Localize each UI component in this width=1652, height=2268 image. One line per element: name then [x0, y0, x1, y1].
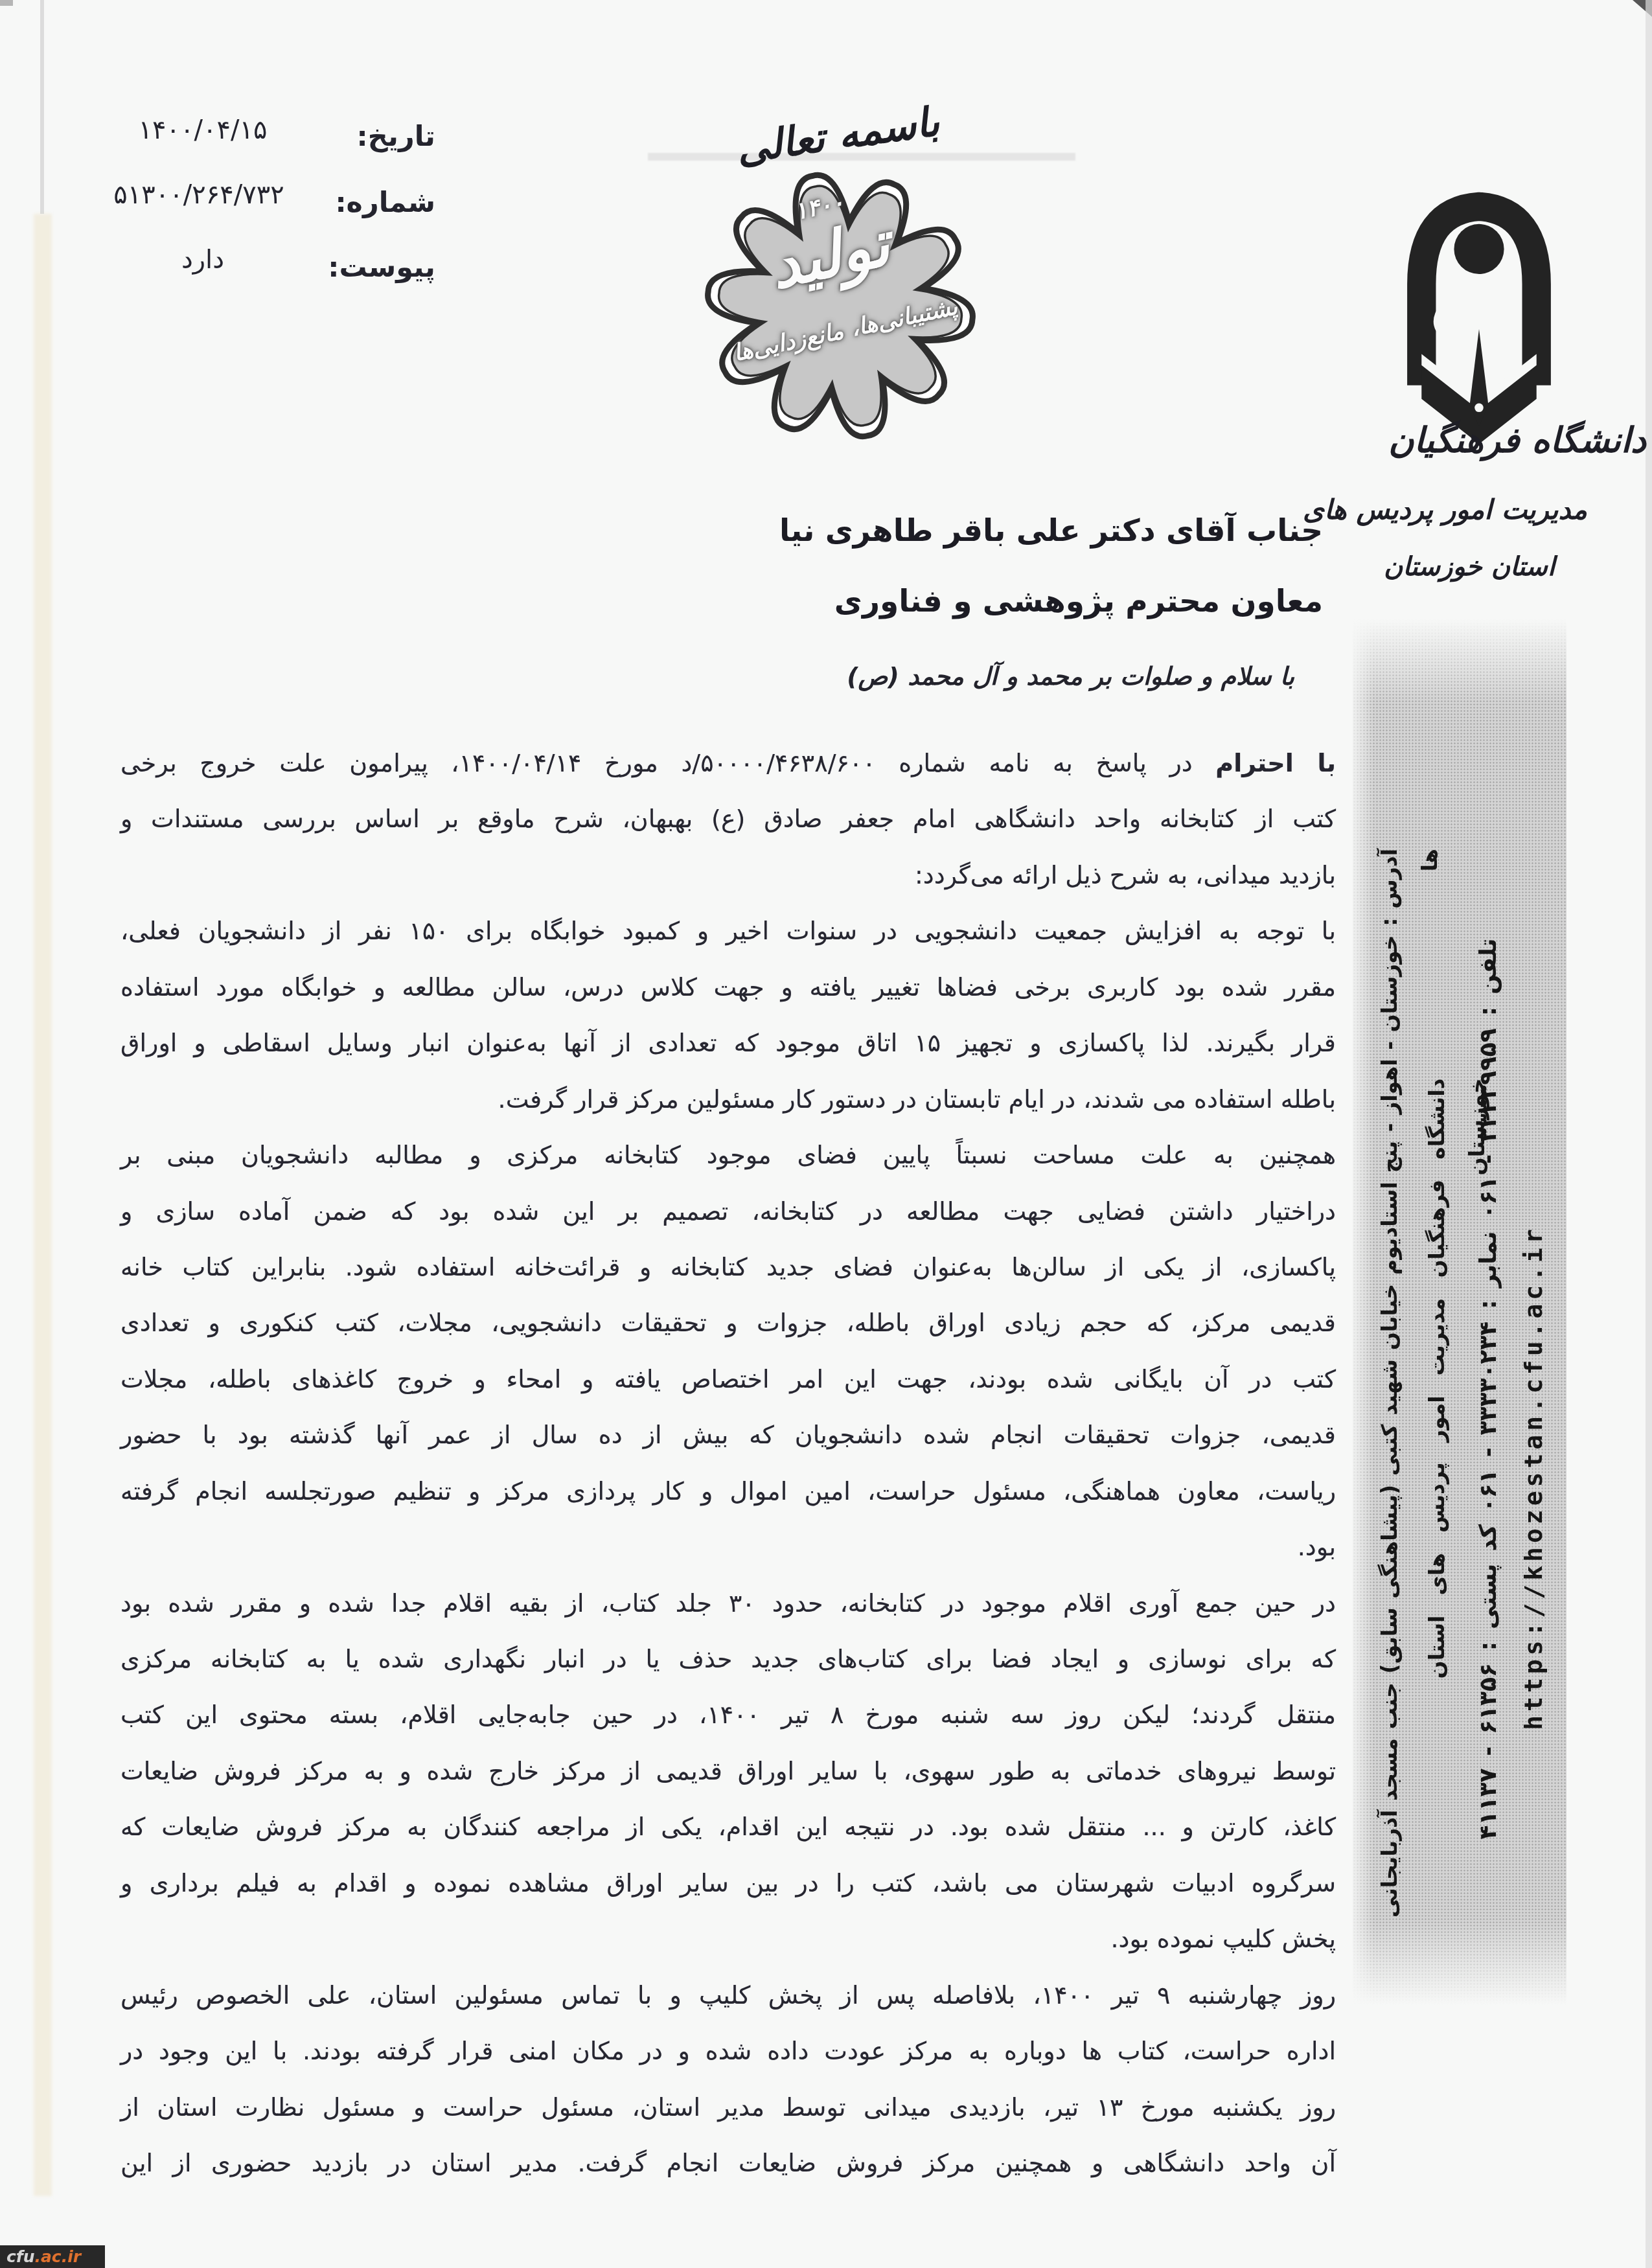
body-line: سرگروه ادبیات شهرستان می باشد، کتب را در…: [120, 1855, 1336, 1911]
body-line: با توجه به افزایش جمعیت دانشجویی در سنوا…: [120, 903, 1336, 959]
body-line: کتب از کتابخانه واحد دانشگاهی امام جعفر …: [120, 791, 1336, 847]
scan-edge-band: [34, 214, 52, 2196]
body-line: روز چهارشنبه ۹ تیر ۱۴۰۰، بلافاصله پس از …: [120, 1967, 1336, 2023]
letter-number-label: شماره:: [299, 187, 435, 219]
date-value: ۱۴۰۰/۰۴/۱۵: [102, 115, 303, 145]
university-emblem-icon: [1385, 117, 1573, 441]
body-line: پخش کلیپ نموده بود.: [120, 1911, 1336, 1967]
sidebar-university: دانشگاه فرهنگیان مدیریت امور پردیس های ا…: [1417, 1079, 1457, 1679]
body-line: که برای نوسازی و ایجاد فضا برای کتاب‌های…: [120, 1631, 1336, 1687]
body-line: قدیمی مرکز، که حجم زیادی اوراق باطله، جز…: [120, 1295, 1336, 1351]
body-line: باطله استفاده می شدند، در ایام تابستان د…: [120, 1071, 1336, 1127]
body-text: با احترام در پاسخ به نامه شماره ۵۰۰۰۰/۴۶…: [120, 735, 1336, 2191]
body-line: با احترام در پاسخ به نامه شماره ۵۰۰۰۰/۴۶…: [120, 735, 1336, 791]
body-line: کاغذ، کارتن و ... منتقل شده بود. در نتیج…: [120, 1799, 1336, 1855]
scan-fold-line: [40, 0, 44, 214]
body-line: پاکسازی، از یکی از سالن‌ها به‌عنوان فضای…: [120, 1239, 1336, 1295]
body-line: کتب در آن بایگانی شده بودند، جهت این امر…: [120, 1351, 1336, 1407]
letter-number-value: ۵۱۳۰۰/۲۶۴/۷۳۲: [98, 180, 299, 210]
scanned-letter-page: تاریخ: ۱۴۰۰/۰۴/۱۵ شماره: ۵۱۳۰۰/۲۶۴/۷۳۲ پ…: [0, 0, 1652, 2268]
recipient-name: جناب آقای دکتر علی باقر طاهری نیا: [518, 513, 1323, 549]
body-line: همچنین به علت مساحت نسبتاً پایین فضای مو…: [120, 1127, 1336, 1183]
watermark-prefix: cfu: [6, 2247, 35, 2266]
body-line: منتقل گردند؛ لیکن روز سه شنبه مورخ ۸ تیر…: [120, 1687, 1336, 1743]
body-line: بود.: [120, 1519, 1336, 1575]
logo-org-line: مدیریت امور پردیس های: [1393, 494, 1587, 525]
scan-edge-shadow: [1646, 0, 1652, 2268]
year-slogan-stamp: ۱۴۰۰ تولید پشتیبانی‌ها، مانع‌زدایی‌ها: [672, 125, 1009, 487]
body-line: ریاست، معاون هماهنگی، مسئول حراست، امین …: [120, 1463, 1336, 1519]
date-label: تاریخ:: [299, 120, 435, 153]
attachment-label: پیوست:: [299, 251, 435, 284]
body-line: آن واحد دانشگاهی و همچنین مرکز فروش ضایع…: [120, 2135, 1336, 2191]
body-line: بازدید میدانی، به شرح ذیل ارائه می‌گردد:: [120, 847, 1336, 903]
sidebar-address: آدرس : خوزستان - اهواز - پنج استادیوم خی…: [1370, 849, 1410, 1918]
sidebar-url: https://khozestan.cfu.ac.ir: [1513, 1206, 1554, 1750]
body-line: توسط نیروهای خدماتی به طور سهوی، با سایر…: [120, 1743, 1336, 1799]
site-watermark: cfu.ac.ir: [0, 2245, 105, 2268]
recipient-title: معاون محترم پژوهشی و فناوری: [518, 584, 1323, 619]
watermark-suffix: .ac.ir: [35, 2247, 82, 2266]
sidebar-contact: تلفن : ۳۳۳۳۹۹۵۹ - ۰۶۱ نمابر : ۳۳۳۳۰۲۳۴ -…: [1469, 939, 1509, 1840]
recipient-block: جناب آقای دکتر علی باقر طاهری نیا معاون …: [518, 513, 1323, 619]
body-line: در حین جمع آوری اقلام موجود در کتابخانه،…: [120, 1575, 1336, 1631]
body-line: قدیمی، جزوات تحقیقات انجام شده دانشجویان…: [120, 1407, 1336, 1463]
salutation-line: با سلام و صلوات بر محمد و آل محمد (ص): [518, 662, 1294, 691]
logo-province-line: استان خوزستان: [1399, 552, 1555, 582]
body-line: دراختیار داشتن فضایی جهت مطالعه در کتابخ…: [120, 1184, 1336, 1239]
attachment-value: دارد: [102, 245, 303, 275]
body-line: مقرر شده بود کاربری برخی فضاها تغییر یاف…: [120, 959, 1336, 1015]
body-line: اداره حراست، کتاب ها دوباره به مرکز عودت…: [120, 2023, 1336, 2079]
body-line: قرار بگیرند. لذا پاکسازی و تجهیز ۱۵ اتاق…: [120, 1015, 1336, 1071]
body-line: روز یکشنبه مورخ ۱۳ تیر، بازدیدی میدانی ت…: [120, 2079, 1336, 2135]
logo-university-name: دانشگاه فرهنگیان: [1388, 420, 1647, 461]
scan-corner-mark: [0, 0, 13, 6]
